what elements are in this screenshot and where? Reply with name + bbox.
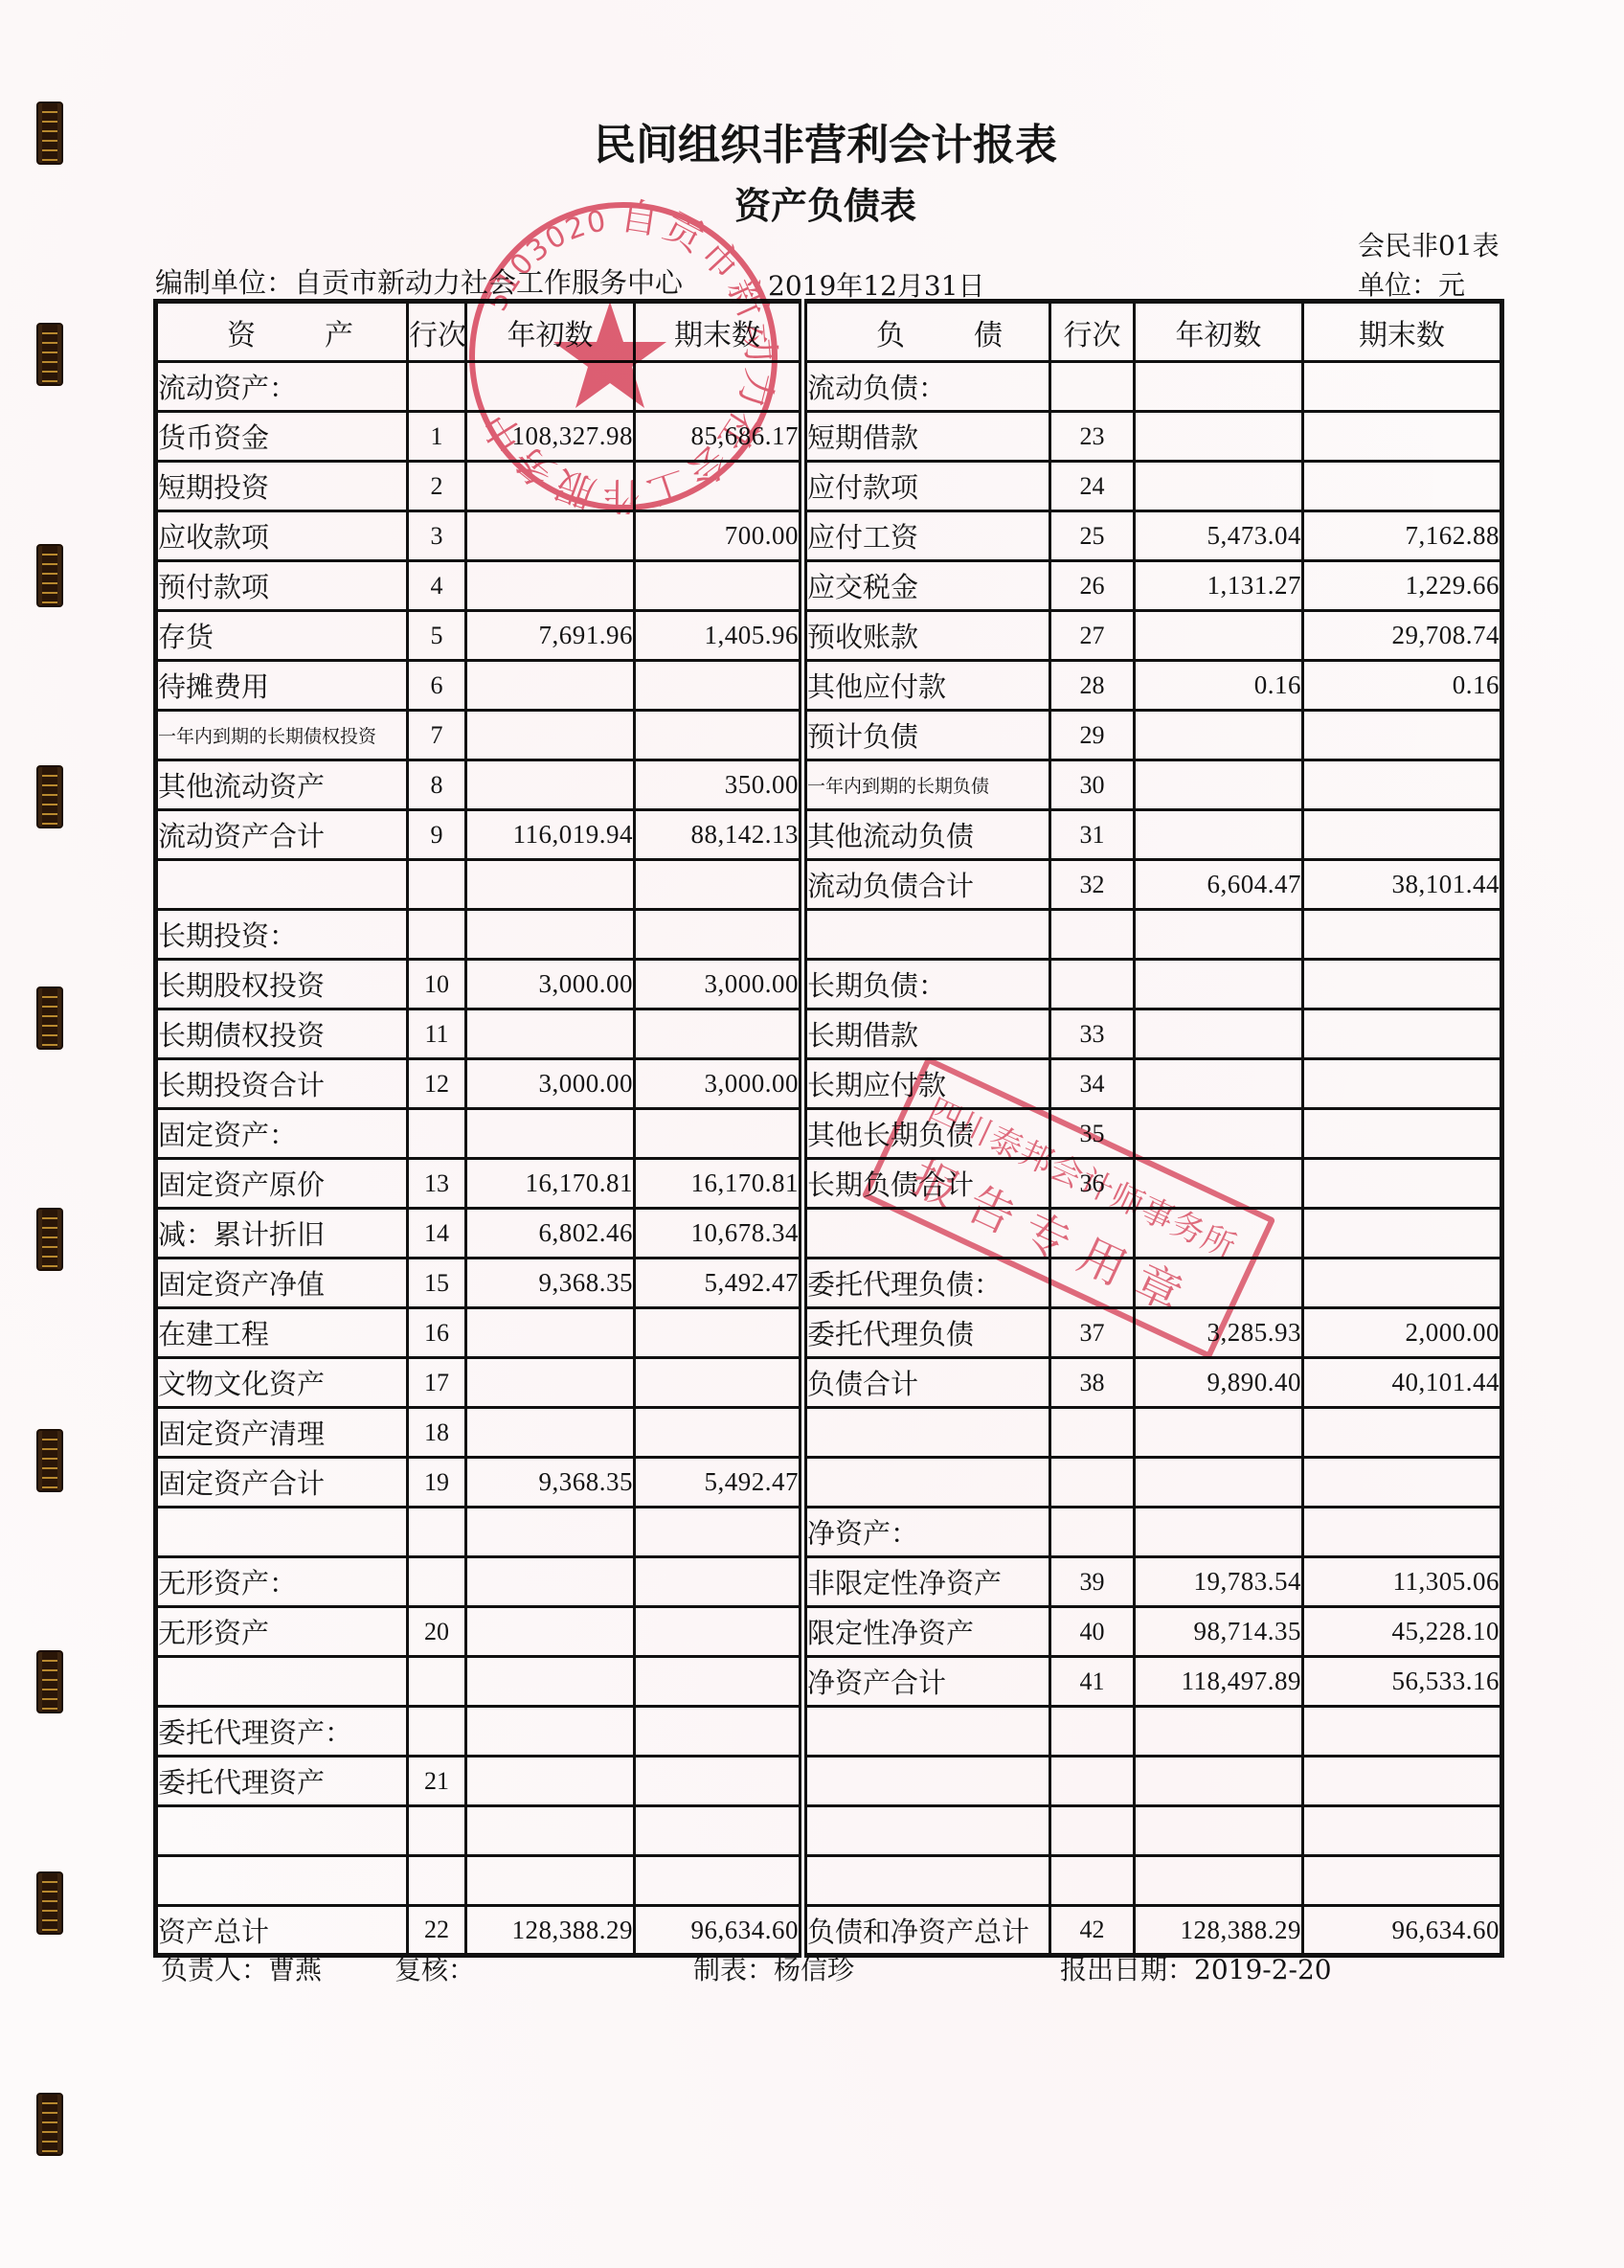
asset-end-value [635, 711, 803, 760]
asset-label: 固定资产清理 [156, 1408, 408, 1458]
asset-line-no: 17 [408, 1358, 466, 1408]
liability-begin-value [1135, 1707, 1303, 1757]
liability-label [803, 1408, 1050, 1458]
table-row [156, 1806, 1502, 1856]
form-code: 会民非01表 [1358, 230, 1500, 262]
liability-line-no: 28 [1050, 661, 1135, 711]
header-liabilities: 负债 [803, 302, 1050, 362]
asset-end-value [635, 1408, 803, 1458]
liability-line-no [1050, 910, 1135, 960]
liability-end-value [1303, 462, 1502, 511]
asset-end-value [635, 1806, 803, 1856]
asset-label: 无形资产： [156, 1557, 408, 1607]
liability-end-value [1303, 711, 1502, 760]
liability-begin-value: 128,388.29 [1135, 1906, 1303, 1956]
liability-line-no: 40 [1050, 1607, 1135, 1657]
liability-begin-value [1135, 1458, 1303, 1508]
table-row: 固定资产原价1316,170.8116,170.81长期负债合计36 [156, 1159, 1502, 1209]
asset-line-no [408, 1806, 466, 1856]
asset-line-no: 14 [408, 1209, 466, 1259]
liability-begin-value [1135, 1009, 1303, 1059]
asset-line-no: 4 [408, 561, 466, 611]
table-row: 无形资产：非限定性净资产3919,783.5411,305.06 [156, 1557, 1502, 1607]
asset-end-value [635, 661, 803, 711]
asset-begin-value: 16,170.81 [466, 1159, 635, 1209]
liability-label: 应付工资 [803, 511, 1050, 561]
liability-begin-value: 5,473.04 [1135, 511, 1303, 561]
liability-end-value: 29,708.74 [1303, 611, 1502, 661]
table-row: 流动资产合计9116,019.9488,142.13其他流动负债31 [156, 810, 1502, 860]
asset-line-no [408, 860, 466, 910]
liability-line-no: 42 [1050, 1906, 1135, 1956]
table-row: 固定资产净值159,368.355,492.47委托代理负债： [156, 1259, 1502, 1308]
liability-end-value: 2,000.00 [1303, 1308, 1502, 1358]
asset-end-value: 3,000.00 [635, 960, 803, 1009]
table-row: 流动负债合计326,604.4738,101.44 [156, 860, 1502, 910]
liability-label: 流动负债合计 [803, 860, 1050, 910]
table-row: 应收款项3700.00应付工资255,473.047,162.88 [156, 511, 1502, 561]
liability-end-value: 11,305.06 [1303, 1557, 1502, 1607]
liability-begin-value [1135, 1109, 1303, 1159]
asset-begin-value [466, 511, 635, 561]
asset-begin-value [466, 910, 635, 960]
liability-end-value [1303, 810, 1502, 860]
asset-line-no [408, 362, 466, 412]
asset-end-value: 1,405.96 [635, 611, 803, 661]
table-row: 存货57,691.961,405.96预收账款2729,708.74 [156, 611, 1502, 661]
asset-end-value: 5,492.47 [635, 1259, 803, 1308]
asset-begin-value [466, 760, 635, 810]
liability-begin-value: 19,783.54 [1135, 1557, 1303, 1607]
asset-label: 预付款项 [156, 561, 408, 611]
asset-begin-value [466, 1707, 635, 1757]
asset-end-value: 350.00 [635, 760, 803, 810]
asset-label: 固定资产合计 [156, 1458, 408, 1508]
table-row: 净资产： [156, 1508, 1502, 1557]
liability-label [803, 1806, 1050, 1856]
liability-begin-value [1135, 810, 1303, 860]
asset-label: 货币资金 [156, 412, 408, 462]
liability-label: 流动负债： [803, 362, 1050, 412]
liability-begin-value [1135, 412, 1303, 462]
asset-label: 委托代理资产： [156, 1707, 408, 1757]
balance-sheet-table: 资产 行次 年初数 期末数 负债 行次 年初数 期末数 流动资产：流动负债：货币… [153, 299, 1504, 1958]
asset-begin-value [466, 661, 635, 711]
liability-end-value [1303, 760, 1502, 810]
liability-end-value [1303, 1059, 1502, 1109]
liability-end-value [1303, 1009, 1502, 1059]
header-asset-line-no: 行次 [408, 302, 466, 362]
liability-end-value [1303, 1408, 1502, 1458]
asset-end-value: 16,170.81 [635, 1159, 803, 1209]
liability-line-no: 38 [1050, 1358, 1135, 1408]
asset-label: 固定资产： [156, 1109, 408, 1159]
liability-label: 非限定性净资产 [803, 1557, 1050, 1607]
asset-begin-value [466, 711, 635, 760]
liability-begin-value [1135, 362, 1303, 412]
liability-end-value [1303, 1707, 1502, 1757]
liability-begin-value: 118,497.89 [1135, 1657, 1303, 1707]
asset-label: 长期投资合计 [156, 1059, 408, 1109]
asset-begin-value [466, 1508, 635, 1557]
asset-label: 在建工程 [156, 1308, 408, 1358]
asset-begin-value [466, 1358, 635, 1408]
header-assets: 资产 [156, 302, 408, 362]
binding-hole [36, 323, 63, 386]
reviewer: 复核： [395, 1954, 475, 1986]
asset-label: 长期投资： [156, 910, 408, 960]
liability-end-value [1303, 1109, 1502, 1159]
asset-begin-value [466, 1657, 635, 1707]
liability-line-no [1050, 1508, 1135, 1557]
header-liab-begin: 年初数 [1135, 302, 1303, 362]
asset-end-value [635, 860, 803, 910]
asset-label: 无形资产 [156, 1607, 408, 1657]
asset-end-value [635, 1757, 803, 1806]
asset-line-no: 5 [408, 611, 466, 661]
asset-end-value [635, 1508, 803, 1557]
liability-begin-value [1135, 1856, 1303, 1906]
liability-label: 一年内到期的长期负债 [803, 760, 1050, 810]
liability-end-value: 45,228.10 [1303, 1607, 1502, 1657]
report-date: 报出日期：2019-2-20 [1060, 1954, 1332, 1986]
liability-begin-value [1135, 1508, 1303, 1557]
liability-label: 预计负债 [803, 711, 1050, 760]
binding-hole [36, 987, 63, 1050]
statement-date: 2019年12月31日 [768, 270, 985, 303]
asset-label: 一年内到期的长期债权投资 [156, 711, 408, 760]
asset-end-value [635, 1358, 803, 1408]
asset-line-no: 3 [408, 511, 466, 561]
asset-line-no [408, 1657, 466, 1707]
table-row: 委托代理资产： [156, 1707, 1502, 1757]
asset-begin-value [466, 1109, 635, 1159]
svg-text:5103020: 5103020 [480, 204, 610, 316]
asset-label: 固定资产原价 [156, 1159, 408, 1209]
liability-end-value: 0.16 [1303, 661, 1502, 711]
table-row: 长期债权投资11长期借款33 [156, 1009, 1502, 1059]
binding-hole [36, 1208, 63, 1271]
table-row: 长期投资： [156, 910, 1502, 960]
asset-label [156, 1806, 408, 1856]
asset-begin-value [466, 860, 635, 910]
liability-line-no: 26 [1050, 561, 1135, 611]
asset-line-no: 22 [408, 1906, 466, 1956]
table-row: 固定资产清理18 [156, 1408, 1502, 1458]
liability-line-no: 30 [1050, 760, 1135, 810]
asset-begin-value: 116,019.94 [466, 810, 635, 860]
asset-line-no: 7 [408, 711, 466, 760]
liability-label [803, 1707, 1050, 1757]
asset-label: 短期投资 [156, 462, 408, 511]
liability-line-no [1050, 362, 1135, 412]
table-row: 待摊费用6其他应付款280.160.16 [156, 661, 1502, 711]
asset-end-value [635, 1009, 803, 1059]
liability-end-value [1303, 412, 1502, 462]
liability-begin-value: 1,131.27 [1135, 561, 1303, 611]
asset-line-no: 11 [408, 1009, 466, 1059]
liability-begin-value: 9,890.40 [1135, 1358, 1303, 1408]
table-row [156, 1856, 1502, 1906]
asset-line-no: 9 [408, 810, 466, 860]
liability-begin-value [1135, 1059, 1303, 1109]
round-stamp-code: 5103020 [480, 204, 610, 316]
binding-hole [36, 765, 63, 828]
asset-label: 资产总计 [156, 1906, 408, 1956]
responsible-person: 负责人：曹燕 [161, 1954, 322, 1986]
table-row: 预付款项4应交税金261,131.271,229.66 [156, 561, 1502, 611]
liability-label: 负债和净资产总计 [803, 1906, 1050, 1956]
asset-begin-value: 7,691.96 [466, 611, 635, 661]
table-header-row: 资产 行次 年初数 期末数 负债 行次 年初数 期末数 [156, 302, 1502, 362]
header-liab-line-no: 行次 [1050, 302, 1135, 362]
asset-label: 流动资产合计 [156, 810, 408, 860]
asset-end-value [635, 1557, 803, 1607]
asset-label: 应收款项 [156, 511, 408, 561]
asset-end-value [635, 1607, 803, 1657]
asset-line-no [408, 1856, 466, 1906]
liability-begin-value [1135, 1757, 1303, 1806]
asset-line-no [408, 1508, 466, 1557]
report-title: 民间组织非营利会计报表 [536, 121, 1115, 170]
asset-line-no: 12 [408, 1059, 466, 1109]
binding-hole [36, 544, 63, 607]
asset-end-value [635, 910, 803, 960]
asset-label: 固定资产净值 [156, 1259, 408, 1308]
table-row: 长期投资合计123,000.003,000.00长期应付款34 [156, 1059, 1502, 1109]
liability-line-no [1050, 1806, 1135, 1856]
asset-begin-value: 128,388.29 [466, 1906, 635, 1956]
asset-begin-value: 9,368.35 [466, 1458, 635, 1508]
asset-line-no: 6 [408, 661, 466, 711]
asset-line-no [408, 1109, 466, 1159]
liability-begin-value [1135, 1806, 1303, 1856]
liability-begin-value [1135, 760, 1303, 810]
binding-hole [36, 1429, 63, 1492]
liability-label [803, 1856, 1050, 1906]
table-row: 货币资金1108,327.9885,686.17短期借款23 [156, 412, 1502, 462]
asset-line-no: 2 [408, 462, 466, 511]
table-row: 长期股权投资103,000.003,000.00长期负债： [156, 960, 1502, 1009]
asset-label: 减：累计折旧 [156, 1209, 408, 1259]
table-row: 资产总计22128,388.2996,634.60负债和净资产总计42128,3… [156, 1906, 1502, 1956]
liability-label: 长期借款 [803, 1009, 1050, 1059]
asset-label [156, 1856, 408, 1906]
currency-unit: 单位：元 [1358, 269, 1465, 302]
liability-label: 负债合计 [803, 1358, 1050, 1408]
liability-begin-value [1135, 1408, 1303, 1458]
asset-label: 长期股权投资 [156, 960, 408, 1009]
asset-begin-value [466, 1009, 635, 1059]
asset-begin-value [466, 1757, 635, 1806]
asset-end-value: 700.00 [635, 511, 803, 561]
asset-line-no: 21 [408, 1757, 466, 1806]
organization-round-stamp: 自贡市新动力社会工作服务中心 5103020 [465, 198, 781, 514]
asset-end-value [635, 1308, 803, 1358]
asset-label: 流动资产： [156, 362, 408, 412]
table-row: 流动资产：流动负债： [156, 362, 1502, 412]
liability-begin-value [1135, 711, 1303, 760]
liability-end-value [1303, 1508, 1502, 1557]
asset-begin-value: 6,802.46 [466, 1209, 635, 1259]
asset-begin-value [466, 1308, 635, 1358]
liability-end-value [1303, 362, 1502, 412]
table-row: 其他流动资产8350.00一年内到期的长期负债30 [156, 760, 1502, 810]
liability-label [803, 1458, 1050, 1508]
liability-begin-value [1135, 910, 1303, 960]
asset-line-no: 8 [408, 760, 466, 810]
asset-line-no [408, 1707, 466, 1757]
liability-label: 净资产： [803, 1508, 1050, 1557]
asset-begin-value: 9,368.35 [466, 1259, 635, 1308]
liability-begin-value [1135, 462, 1303, 511]
liability-label: 应交税金 [803, 561, 1050, 611]
star-icon [553, 302, 666, 408]
liability-label [803, 910, 1050, 960]
table-row: 委托代理资产21 [156, 1757, 1502, 1806]
asset-begin-value [466, 1408, 635, 1458]
asset-label: 长期债权投资 [156, 1009, 408, 1059]
binding-hole [36, 1871, 63, 1935]
asset-end-value: 5,492.47 [635, 1458, 803, 1508]
binding-hole [36, 1650, 63, 1713]
table-row: 净资产合计41118,497.8956,533.16 [156, 1657, 1502, 1707]
asset-line-no: 10 [408, 960, 466, 1009]
asset-end-value: 10,678.34 [635, 1209, 803, 1259]
table-row: 在建工程16委托代理负债373,285.932,000.00 [156, 1308, 1502, 1358]
asset-line-no [408, 910, 466, 960]
liability-begin-value [1135, 960, 1303, 1009]
liability-end-value [1303, 1209, 1502, 1259]
asset-end-value [635, 561, 803, 611]
asset-label: 存货 [156, 611, 408, 661]
liability-end-value [1303, 1259, 1502, 1308]
liability-begin-value: 98,714.35 [1135, 1607, 1303, 1657]
asset-line-no: 20 [408, 1607, 466, 1657]
liability-line-no: 33 [1050, 1009, 1135, 1059]
table-row: 一年内到期的长期债权投资7预计负债29 [156, 711, 1502, 760]
liability-end-value [1303, 1806, 1502, 1856]
asset-label [156, 1508, 408, 1557]
liability-label: 净资产合计 [803, 1657, 1050, 1707]
liability-label: 长期负债： [803, 960, 1050, 1009]
liability-label [803, 1757, 1050, 1806]
preparer: 制表：杨信珍 [693, 1954, 854, 1986]
liability-line-no: 23 [1050, 412, 1135, 462]
liability-end-value: 96,634.60 [1303, 1906, 1502, 1956]
asset-label [156, 1657, 408, 1707]
liability-begin-value [1135, 611, 1303, 661]
liability-begin-value: 0.16 [1135, 661, 1303, 711]
asset-begin-value: 3,000.00 [466, 1059, 635, 1109]
liability-line-no [1050, 1707, 1135, 1757]
asset-begin-value [466, 1607, 635, 1657]
liability-line-no: 29 [1050, 711, 1135, 760]
liability-line-no: 34 [1050, 1059, 1135, 1109]
liability-line-no: 24 [1050, 462, 1135, 511]
liability-label: 委托代理负债 [803, 1308, 1050, 1358]
asset-line-no: 19 [408, 1458, 466, 1508]
asset-begin-value [466, 1856, 635, 1906]
asset-end-value: 88,142.13 [635, 810, 803, 860]
liability-end-value: 40,101.44 [1303, 1358, 1502, 1408]
binding-hole [36, 102, 63, 165]
liability-line-no: 25 [1050, 511, 1135, 561]
liability-label: 其他流动负债 [803, 810, 1050, 860]
liability-line-no: 41 [1050, 1657, 1135, 1707]
asset-line-no: 1 [408, 412, 466, 462]
table-row: 短期投资2应付款项24 [156, 462, 1502, 511]
asset-label: 委托代理资产 [156, 1757, 408, 1806]
liability-label: 短期借款 [803, 412, 1050, 462]
liability-end-value [1303, 910, 1502, 960]
asset-end-value [635, 1707, 803, 1757]
liability-end-value: 7,162.88 [1303, 511, 1502, 561]
asset-begin-value [466, 561, 635, 611]
liability-end-value: 56,533.16 [1303, 1657, 1502, 1707]
asset-begin-value: 3,000.00 [466, 960, 635, 1009]
asset-line-no: 16 [408, 1308, 466, 1358]
liability-line-no [1050, 960, 1135, 1009]
liability-line-no: 32 [1050, 860, 1135, 910]
liability-begin-value: 6,604.47 [1135, 860, 1303, 910]
asset-line-no: 13 [408, 1159, 466, 1209]
liability-end-value [1303, 1757, 1502, 1806]
liability-end-value [1303, 960, 1502, 1009]
asset-line-no: 15 [408, 1259, 466, 1308]
asset-end-value: 96,634.60 [635, 1906, 803, 1956]
liability-end-value: 1,229.66 [1303, 561, 1502, 611]
asset-end-value [635, 1856, 803, 1906]
table-row: 固定资产合计199,368.355,492.47 [156, 1458, 1502, 1508]
asset-end-value: 3,000.00 [635, 1059, 803, 1109]
liability-end-value [1303, 1159, 1502, 1209]
asset-end-value [635, 1109, 803, 1159]
liability-line-no [1050, 1856, 1135, 1906]
asset-label: 文物文化资产 [156, 1358, 408, 1408]
header-liab-end: 期末数 [1303, 302, 1502, 362]
liability-line-no [1050, 1458, 1135, 1508]
binding-hole [36, 2093, 63, 2156]
liability-end-value [1303, 1458, 1502, 1508]
asset-begin-value [466, 1806, 635, 1856]
liability-label: 其他应付款 [803, 661, 1050, 711]
liability-label: 应付款项 [803, 462, 1050, 511]
asset-label: 其他流动资产 [156, 760, 408, 810]
liability-label: 预收账款 [803, 611, 1050, 661]
table-row: 无形资产20限定性净资产4098,714.3545,228.10 [156, 1607, 1502, 1657]
table-row: 文物文化资产17负债合计389,890.4040,101.44 [156, 1358, 1502, 1408]
table-row: 固定资产：其他长期负债35 [156, 1109, 1502, 1159]
asset-label: 待摊费用 [156, 661, 408, 711]
liability-line-no: 27 [1050, 611, 1135, 661]
asset-line-no: 18 [408, 1408, 466, 1458]
liability-line-no: 39 [1050, 1557, 1135, 1607]
asset-label [156, 860, 408, 910]
asset-line-no [408, 1557, 466, 1607]
liability-label: 限定性净资产 [803, 1607, 1050, 1657]
asset-end-value [635, 1657, 803, 1707]
liability-end-value [1303, 1856, 1502, 1906]
liability-line-no [1050, 1408, 1135, 1458]
liability-line-no [1050, 1757, 1135, 1806]
asset-begin-value [466, 1557, 635, 1607]
table-row: 减：累计折旧146,802.4610,678.34 [156, 1209, 1502, 1259]
liability-end-value: 38,101.44 [1303, 860, 1502, 910]
liability-line-no: 31 [1050, 810, 1135, 860]
